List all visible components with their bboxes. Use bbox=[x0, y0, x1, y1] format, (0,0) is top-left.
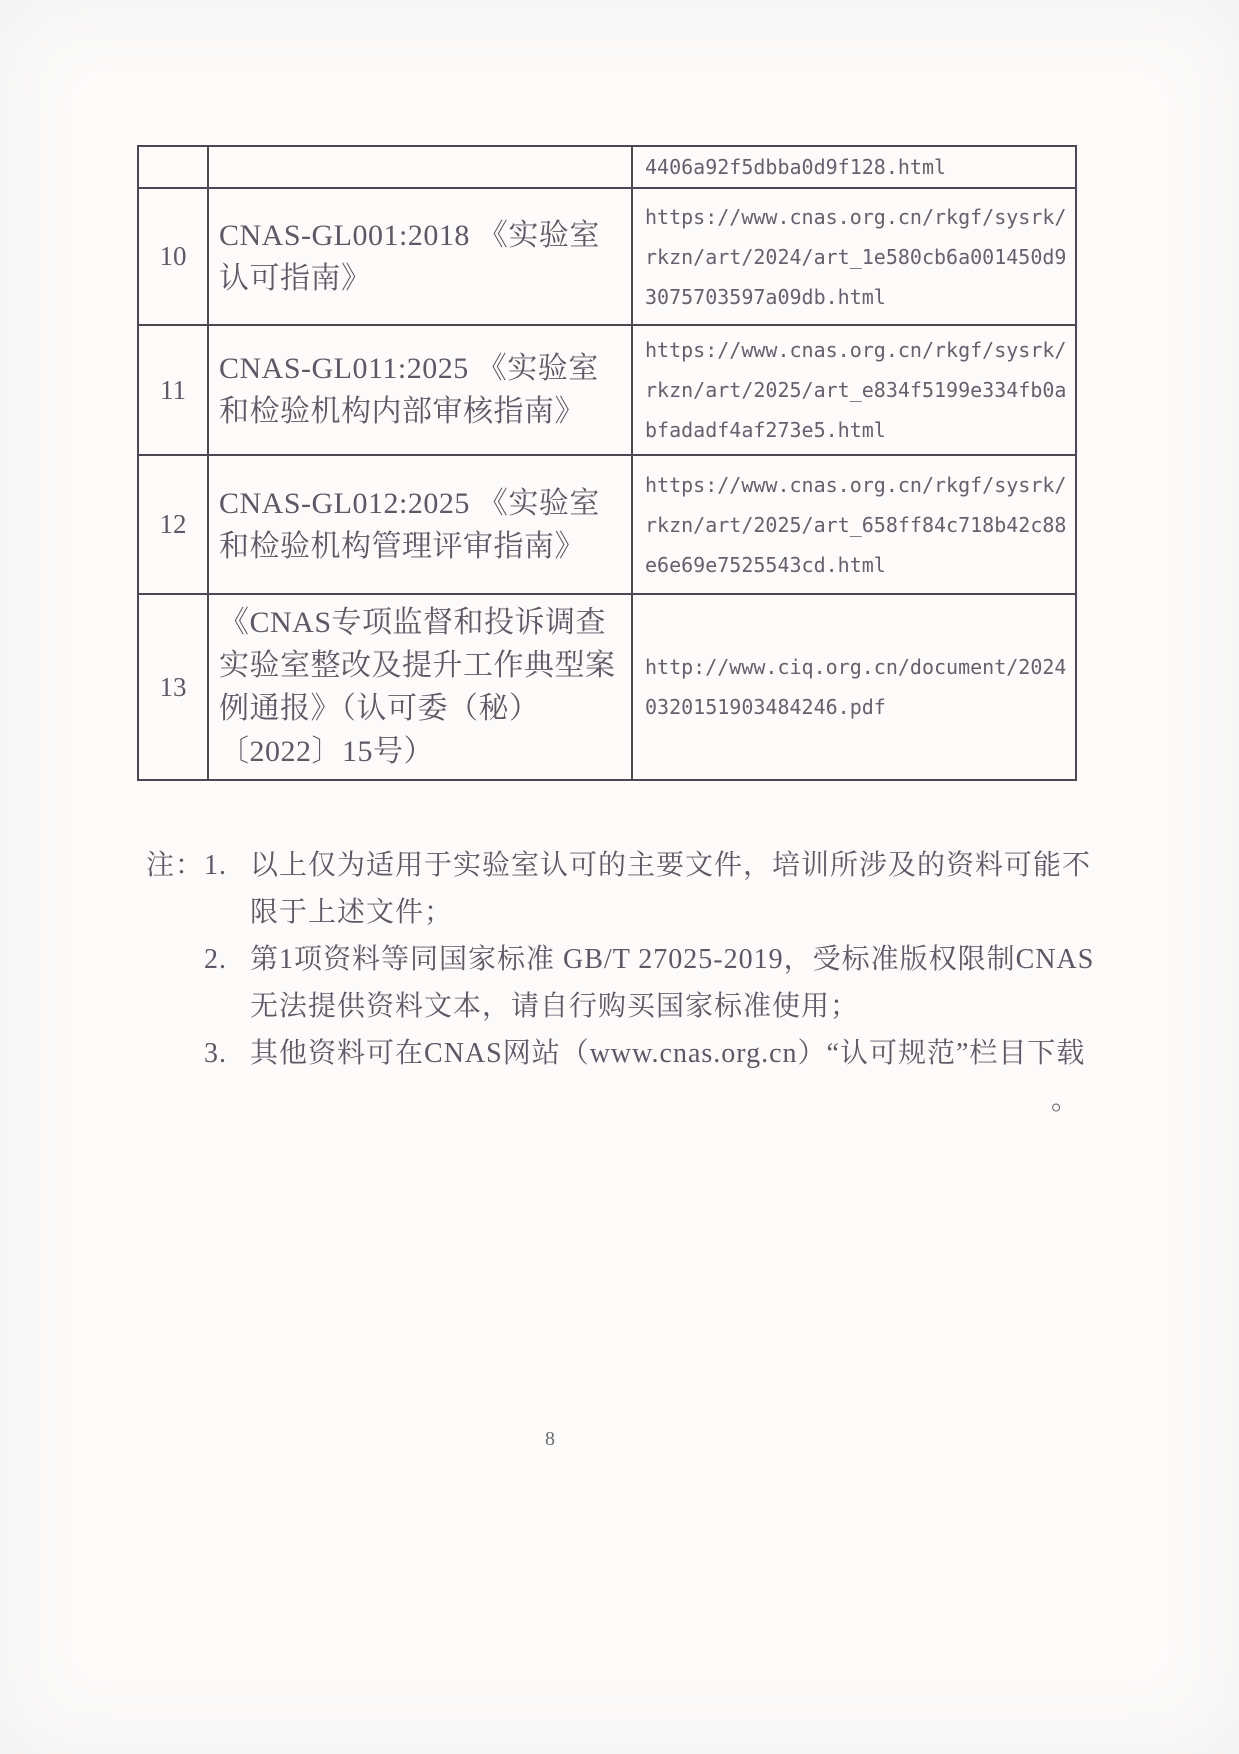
doc-name-cell: CNAS-GL011:2025 《实验室和检验机构内部审核指南》 bbox=[208, 325, 632, 455]
doc-name-cell: CNAS-GL001:2018 《实验室认可指南》 bbox=[208, 188, 632, 325]
doc-url-cell: 4406a92f5dbba0d9f128.html bbox=[632, 146, 1076, 188]
note-number: 2. bbox=[204, 936, 250, 1030]
doc-url-cell: http://www.ciq.org.cn/document/202403201… bbox=[632, 594, 1076, 780]
note-text: 第1项资料等同国家标准 GB/T 27025-2019，受标准版权限制CNAS … bbox=[250, 936, 1080, 1030]
note-text: 以上仅为适用于实验室认可的主要文件，培训所涉及的资料可能不 限于上述文件； bbox=[250, 842, 1080, 936]
scanned-document-page: 4406a92f5dbba0d9f128.html 10 CNAS-GL001:… bbox=[0, 0, 1239, 1754]
table-row: 10 CNAS-GL001:2018 《实验室认可指南》 https://www… bbox=[138, 188, 1076, 325]
note-item: 2. 第1项资料等同国家标准 GB/T 27025-2019，受标准版权限制CN… bbox=[204, 936, 1186, 1030]
doc-name-cell: 《CNAS专项监督和投诉调查实验室整改及提升工作典型案例通报》（认可委（秘）〔2… bbox=[208, 594, 632, 780]
doc-url-cell: https://www.cnas.org.cn/rkgf/sysrk/rkzn/… bbox=[632, 455, 1076, 594]
page-number: 8 bbox=[510, 1428, 590, 1451]
note-item: 1. 以上仅为适用于实验室认可的主要文件，培训所涉及的资料可能不 限于上述文件； bbox=[204, 842, 1186, 936]
doc-name-cell bbox=[208, 146, 632, 188]
note-line: 。 bbox=[250, 1077, 1080, 1124]
notes-label: 注： bbox=[146, 842, 204, 1124]
doc-name: CNAS-GL001:2018 《实验室认可指南》 bbox=[209, 208, 631, 306]
notes-section: 注： 1. 以上仅为适用于实验室认可的主要文件，培训所涉及的资料可能不 限于上述… bbox=[146, 842, 1186, 1124]
doc-name bbox=[209, 161, 631, 173]
note-line: 以上仅为适用于实验室认可的主要文件，培训所涉及的资料可能不 bbox=[250, 842, 1080, 889]
doc-url: http://www.ciq.org.cn/document/202403201… bbox=[633, 643, 1075, 731]
table-row: 4406a92f5dbba0d9f128.html bbox=[138, 146, 1076, 188]
doc-name: CNAS-GL011:2025 《实验室和检验机构内部审核指南》 bbox=[209, 341, 631, 439]
note-items: 1. 以上仅为适用于实验室认可的主要文件，培训所涉及的资料可能不 限于上述文件；… bbox=[204, 842, 1186, 1124]
doc-url: https://www.cnas.org.cn/rkgf/sysrk/rkzn/… bbox=[633, 326, 1075, 454]
doc-url: 4406a92f5dbba0d9f128.html bbox=[633, 147, 1075, 187]
note-line: 其他资料可在CNAS网站（www.cnas.org.cn）“认可规范”栏目下载 bbox=[250, 1030, 1080, 1077]
doc-url-cell: https://www.cnas.org.cn/rkgf/sysrk/rkzn/… bbox=[632, 188, 1076, 325]
note-text: 其他资料可在CNAS网站（www.cnas.org.cn）“认可规范”栏目下载 … bbox=[250, 1030, 1080, 1124]
note-line: 无法提供资料文本，请自行购买国家标准使用； bbox=[250, 983, 1080, 1030]
doc-name-cell: CNAS-GL012:2025 《实验室和检验机构管理评审指南》 bbox=[208, 455, 632, 594]
table-row: 13 《CNAS专项监督和投诉调查实验室整改及提升工作典型案例通报》（认可委（秘… bbox=[138, 594, 1076, 780]
doc-name: CNAS-GL012:2025 《实验室和检验机构管理评审指南》 bbox=[209, 476, 631, 574]
doc-url-cell: https://www.cnas.org.cn/rkgf/sysrk/rkzn/… bbox=[632, 325, 1076, 455]
row-index-cell: 11 bbox=[138, 325, 208, 455]
table-row: 12 CNAS-GL012:2025 《实验室和检验机构管理评审指南》 http… bbox=[138, 455, 1076, 594]
note-number: 1. bbox=[204, 842, 250, 936]
note-item: 3. 其他资料可在CNAS网站（www.cnas.org.cn）“认可规范”栏目… bbox=[204, 1030, 1186, 1124]
note-line: 第1项资料等同国家标准 GB/T 27025-2019，受标准版权限制CNAS bbox=[250, 936, 1080, 983]
note-line: 限于上述文件； bbox=[250, 889, 1080, 936]
reference-table: 4406a92f5dbba0d9f128.html 10 CNAS-GL001:… bbox=[137, 145, 1077, 781]
row-index-cell: 12 bbox=[138, 455, 208, 594]
doc-url: https://www.cnas.org.cn/rkgf/sysrk/rkzn/… bbox=[633, 193, 1075, 321]
doc-url: https://www.cnas.org.cn/rkgf/sysrk/rkzn/… bbox=[633, 461, 1075, 589]
table-row: 11 CNAS-GL011:2025 《实验室和检验机构内部审核指南》 http… bbox=[138, 325, 1076, 455]
row-index-cell: 13 bbox=[138, 594, 208, 780]
row-index-cell: 10 bbox=[138, 188, 208, 325]
note-number: 3. bbox=[204, 1030, 250, 1124]
doc-name: 《CNAS专项监督和投诉调查实验室整改及提升工作典型案例通报》（认可委（秘）〔2… bbox=[209, 595, 631, 779]
row-index-cell bbox=[138, 146, 208, 188]
